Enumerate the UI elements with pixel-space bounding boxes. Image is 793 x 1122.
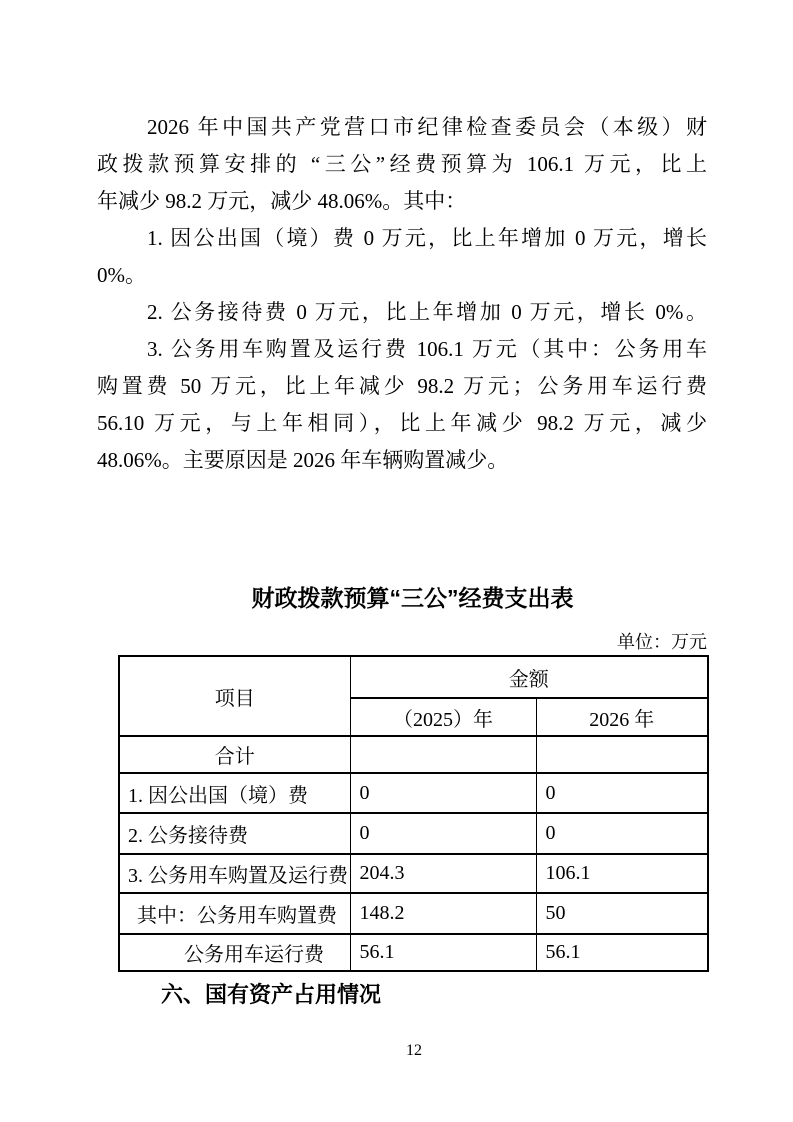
amount-2025-cell: 0	[350, 813, 536, 854]
body-text-line: 56.10 万元，与上年相同），比上年减少 98.2 万元，减少	[97, 405, 707, 442]
project-cell: 3. 公务用车购置及运行费	[119, 854, 350, 893]
amount-2025-cell: 148.2	[350, 893, 536, 934]
amount-2026-cell: 106.1	[536, 854, 708, 893]
body-text-line: 2. 公务接待费 0 万元，比上年增加 0 万元，增长 0%。	[97, 294, 707, 331]
amount-2025-cell: 56.1	[350, 934, 536, 971]
amount-2025-cell	[350, 736, 536, 773]
document-page: 2026 年中国共产党营口市纪律检查委员会（本级）财政拨款预算安排的 “三公”经…	[0, 0, 793, 1122]
table-row: 公务用车运行费56.156.1	[119, 934, 708, 971]
body-text-line: 48.06%。主要原因是 2026 年车辆购置减少。	[97, 442, 707, 479]
amount-2025-cell: 204.3	[350, 854, 536, 893]
expense-table: 项目 金额 （2025）年 2026 年 合计1. 因公出国（境）费002. 公…	[118, 655, 709, 972]
header-project-cell: 项目	[119, 656, 350, 736]
amount-2026-cell: 50	[536, 893, 708, 934]
body-text-line: 1. 因公出国（境）费 0 万元，比上年增加 0 万元，增长	[97, 220, 707, 257]
header-year-2025-cell: （2025）年	[350, 698, 536, 736]
expense-table-body: 合计1. 因公出国（境）费002. 公务接待费003. 公务用车购置及运行费20…	[119, 736, 708, 971]
table-row: 2. 公务接待费00	[119, 813, 708, 854]
unit-label: 单位：万元	[118, 631, 707, 653]
body-text-line: 购置费 50 万元，比上年减少 98.2 万元；公务用车运行费	[97, 368, 707, 405]
amount-2026-cell: 56.1	[536, 934, 708, 971]
table-row: 3. 公务用车购置及运行费204.3106.1	[119, 854, 708, 893]
section-heading: 六、国有资产占用情况	[161, 979, 381, 1011]
body-text-line: 年减少 98.2 万元，减少 48.06%。其中：	[97, 183, 707, 220]
project-cell: 合计	[119, 736, 350, 773]
project-cell: 公务用车运行费	[119, 934, 350, 971]
expense-table-header: 项目 金额 （2025）年 2026 年	[119, 656, 708, 736]
table-title: 财政拨款预算“三公”经费支出表	[118, 583, 707, 613]
page-number: 12	[0, 1041, 793, 1061]
table-row: 其中：公务用车购置费148.250	[119, 893, 708, 934]
table-row: 1. 因公出国（境）费00	[119, 773, 708, 813]
project-cell: 2. 公务接待费	[119, 813, 350, 854]
table-header-row-1: 项目 金额	[119, 656, 708, 698]
project-cell: 其中：公务用车购置费	[119, 893, 350, 934]
amount-2026-cell	[536, 736, 708, 773]
amount-2026-cell: 0	[536, 773, 708, 813]
body-text-line: 3. 公务用车购置及运行费 106.1 万元（其中：公务用车	[97, 331, 707, 368]
body-text-line: 0%。	[97, 257, 707, 294]
body-text-line: 政拨款预算安排的 “三公”经费预算为 106.1 万元，比上	[97, 146, 707, 183]
project-cell: 1. 因公出国（境）费	[119, 773, 350, 813]
body-paragraphs: 2026 年中国共产党营口市纪律检查委员会（本级）财政拨款预算安排的 “三公”经…	[97, 109, 707, 479]
body-text-line: 2026 年中国共产党营口市纪律检查委员会（本级）财	[97, 109, 707, 146]
table-row: 合计	[119, 736, 708, 773]
amount-2026-cell: 0	[536, 813, 708, 854]
header-amount-cell: 金额	[350, 656, 708, 698]
amount-2025-cell: 0	[350, 773, 536, 813]
header-year-2026-cell: 2026 年	[536, 698, 708, 736]
